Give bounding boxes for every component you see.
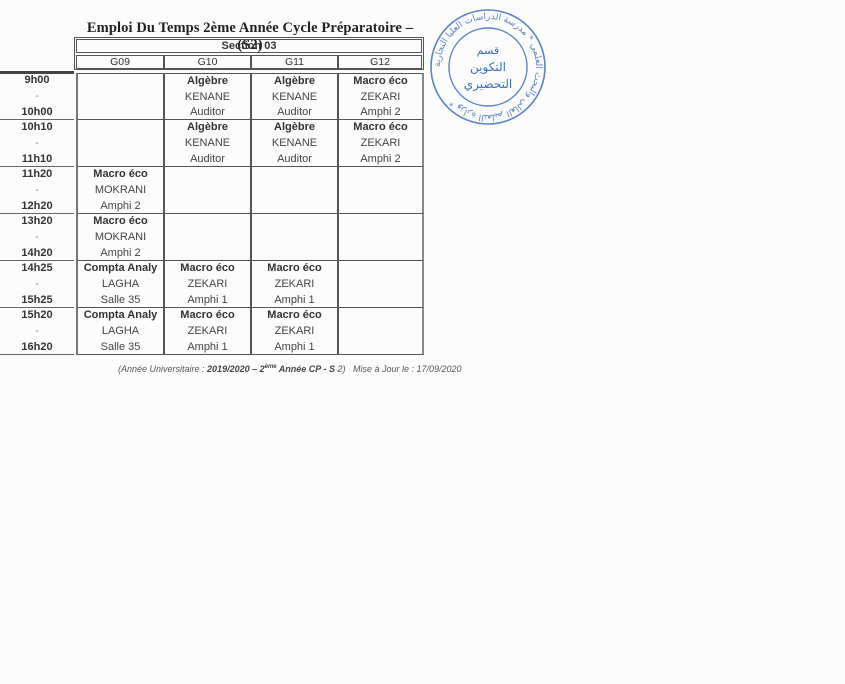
time-separator: - <box>35 185 38 196</box>
empty-cell <box>251 214 338 261</box>
time-start: 9h00 <box>24 74 49 86</box>
course-cell: Macro écoZEKARIAmphi 1 <box>251 261 338 308</box>
course-teacher: LAGHA <box>102 325 139 337</box>
course-cell: Macro écoZEKARIAmphi 1 <box>164 261 251 308</box>
footer-level-num: 2) <box>335 364 346 374</box>
time-slot: 9h00-10h00 <box>0 73 74 120</box>
time-end: 10h00 <box>21 106 52 118</box>
course-cell: AlgèbreKENANEAuditor <box>164 120 251 167</box>
course-cell: Compta AnalyLAGHASalle 35 <box>76 261 164 308</box>
course-room: Auditor <box>277 106 312 118</box>
group-header-g10: G10 <box>164 55 251 69</box>
stamp-line-3: التحضيري <box>464 77 512 92</box>
course-teacher: KENANE <box>185 91 230 103</box>
course-subject: Algèbre <box>274 121 315 133</box>
course-teacher: LAGHA <box>102 278 139 290</box>
course-teacher: ZEKARI <box>361 137 401 149</box>
time-slot: 15h20-16h20 <box>0 308 74 355</box>
timetable-row: 10h10-11h10AlgèbreKENANEAuditorAlgèbreKE… <box>0 120 425 167</box>
time-start: 10h10 <box>21 121 52 133</box>
course-teacher: ZEKARI <box>361 91 401 103</box>
group-header-g11: G11 <box>251 55 338 69</box>
course-cell: AlgèbreKENANEAuditor <box>164 73 251 120</box>
course-subject: Algèbre <box>187 121 228 133</box>
footer-prefix: (Année Universitaire : <box>118 364 207 374</box>
section-header: Section 03 <box>76 39 422 53</box>
course-cell: Macro écoMOKRANIAmphi 2 <box>76 214 164 261</box>
time-end: 14h20 <box>21 247 52 259</box>
time-start: 15h20 <box>21 309 52 321</box>
course-cell: Macro écoZEKARIAmphi 2 <box>338 73 424 120</box>
course-cell: AlgèbreKENANEAuditor <box>251 73 338 120</box>
time-start: 14h25 <box>21 262 52 274</box>
course-teacher: MOKRANI <box>95 184 146 196</box>
time-end: 15h25 <box>21 294 52 306</box>
time-end: 11h10 <box>22 153 53 165</box>
time-end: 12h20 <box>21 200 52 212</box>
course-room: Amphi 1 <box>187 341 227 353</box>
empty-cell <box>338 167 424 214</box>
time-slot: 10h10-11h10 <box>0 120 74 167</box>
footer-level: Année CP - S <box>277 364 335 374</box>
course-subject: Macro éco <box>93 215 147 227</box>
empty-cell <box>338 214 424 261</box>
empty-cell <box>164 167 251 214</box>
timetable-row: 9h00-10h00AlgèbreKENANEAuditorAlgèbreKEN… <box>0 73 425 120</box>
time-start: 13h20 <box>21 215 52 227</box>
course-subject: Algèbre <box>274 75 315 87</box>
timetable-row: 14h25-15h25Compta AnalyLAGHASalle 35Macr… <box>0 261 425 308</box>
empty-cell <box>338 308 424 355</box>
course-room: Amphi 1 <box>274 341 314 353</box>
time-start: 11h20 <box>22 168 53 180</box>
time-separator: - <box>35 326 38 337</box>
group-header-g12: G12 <box>338 55 422 69</box>
course-teacher: ZEKARI <box>188 278 228 290</box>
course-teacher: KENANE <box>272 91 317 103</box>
group-header-g09: G09 <box>76 55 164 69</box>
footer-year: 2019/2020 – 2 <box>207 364 265 374</box>
course-teacher: ZEKARI <box>275 325 315 337</box>
course-cell: Macro écoZEKARIAmphi 1 <box>164 308 251 355</box>
course-room: Salle 35 <box>101 341 141 353</box>
course-room: Amphi 2 <box>360 106 400 118</box>
course-subject: Macro éco <box>267 309 321 321</box>
timetable-row: 13h20-14h20Macro écoMOKRANIAmphi 2 <box>0 214 425 261</box>
footer-updated: Mise à Jour le : 17/09/2020 <box>345 364 461 374</box>
time-end: 16h20 <box>21 341 52 353</box>
official-stamp: وزارة التعليم العالي والبحث العلمي * مدر… <box>427 6 549 128</box>
time-separator: - <box>35 279 38 290</box>
course-teacher: ZEKARI <box>275 278 315 290</box>
empty-cell <box>76 120 164 167</box>
course-cell: AlgèbreKENANEAuditor <box>251 120 338 167</box>
time-slot: 11h20-12h20 <box>0 167 74 214</box>
course-subject: Algèbre <box>187 75 228 87</box>
course-room: Amphi 2 <box>100 247 140 259</box>
course-subject: Macro éco <box>267 262 321 274</box>
time-slot: 13h20-14h20 <box>0 214 74 261</box>
course-teacher: ZEKARI <box>188 325 228 337</box>
footer-sup: ème <box>265 364 277 370</box>
timetable-grid: 9h00-10h00AlgèbreKENANEAuditorAlgèbreKEN… <box>0 73 425 355</box>
empty-cell <box>338 261 424 308</box>
stamp-line-2: التكوين <box>470 60 506 75</box>
empty-cell <box>251 167 338 214</box>
course-cell: Macro écoMOKRANIAmphi 2 <box>76 167 164 214</box>
course-room: Salle 35 <box>101 294 141 306</box>
empty-cell <box>76 73 164 120</box>
time-separator: - <box>35 138 38 149</box>
empty-cell <box>164 214 251 261</box>
course-subject: Compta Analy <box>84 309 158 321</box>
course-cell: Macro écoZEKARIAmphi 2 <box>338 120 424 167</box>
timetable-row: 11h20-12h20Macro écoMOKRANIAmphi 2 <box>0 167 425 214</box>
time-separator: - <box>35 91 38 102</box>
course-room: Amphi 1 <box>274 294 314 306</box>
course-room: Amphi 2 <box>100 200 140 212</box>
time-separator: - <box>35 232 38 243</box>
course-teacher: KENANE <box>272 137 317 149</box>
course-room: Amphi 1 <box>187 294 227 306</box>
course-teacher: MOKRANI <box>95 231 146 243</box>
course-cell: Compta AnalyLAGHASalle 35 <box>76 308 164 355</box>
course-room: Amphi 2 <box>360 153 400 165</box>
course-subject: Macro éco <box>180 309 234 321</box>
course-subject: Compta Analy <box>84 262 158 274</box>
group-header-row: G09 G10 G11 G12 <box>76 55 422 69</box>
course-room: Auditor <box>190 106 225 118</box>
footer-note: (Année Universitaire : 2019/2020 – 2ème … <box>118 364 462 374</box>
course-cell: Macro écoZEKARIAmphi 1 <box>251 308 338 355</box>
course-subject: Macro éco <box>93 168 147 180</box>
course-subject: Macro éco <box>353 75 407 87</box>
time-slot: 14h25-15h25 <box>0 261 74 308</box>
course-room: Auditor <box>190 153 225 165</box>
course-subject: Macro éco <box>353 121 407 133</box>
stamp-line-1: قسم <box>477 44 499 57</box>
course-subject: Macro éco <box>180 262 234 274</box>
timetable-row: 15h20-16h20Compta AnalyLAGHASalle 35Macr… <box>0 308 425 355</box>
course-room: Auditor <box>277 153 312 165</box>
course-teacher: KENANE <box>185 137 230 149</box>
